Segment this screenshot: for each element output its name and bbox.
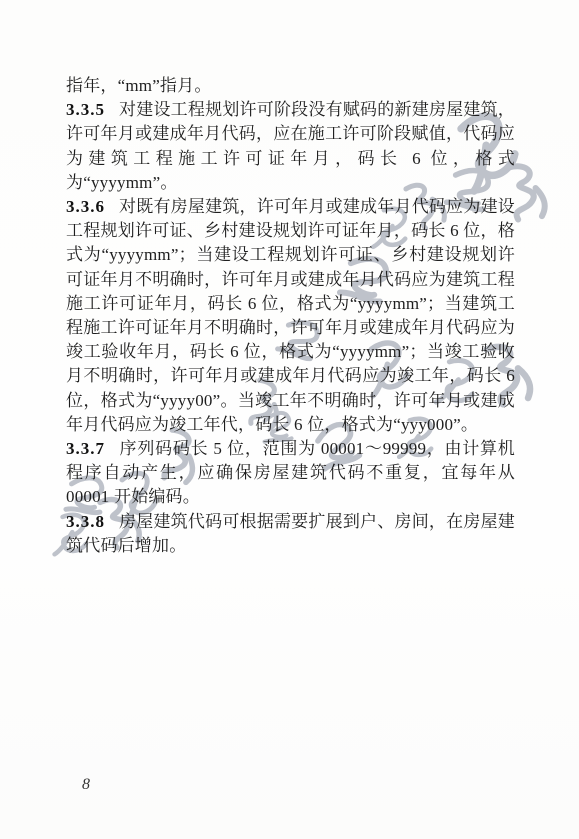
- section-number: 3.3.6: [66, 197, 105, 216]
- section-text: 对建设工程规划许可阶段没有赋码的新建房屋建筑，许可年月或建成年月代码，应在施工许…: [66, 100, 515, 192]
- section-text: 房屋建筑代码可根据需要扩展到户、房间，在房屋建筑代码后增加。: [66, 512, 515, 555]
- section-text: 序列码码长 5 位，范围为 00001～99999，由计算机程序自动产生，应确保…: [66, 439, 515, 506]
- section-number: 3.3.5: [66, 100, 105, 119]
- body-text: 指年，“mm”指月。 3.3.5对建设工程规划许可阶段没有赋码的新建房屋建筑，许…: [66, 74, 515, 558]
- section-text: 对既有房屋建筑，许可年月或建成年月代码应为建设工程规划许可证、乡村建设规划许可证…: [66, 197, 515, 434]
- paragraph-3-3-8: 3.3.8房屋建筑代码可根据需要扩展到户、房间，在房屋建筑代码后增加。: [66, 510, 515, 558]
- paragraph-3-3-7: 3.3.7序列码码长 5 位，范围为 00001～99999，由计算机程序自动产…: [66, 437, 515, 510]
- paragraph-3-3-6: 3.3.6对既有房屋建筑，许可年月或建成年月代码应为建设工程规划许可证、乡村建设…: [66, 195, 515, 437]
- page-number: 8: [82, 776, 90, 794]
- section-number: 3.3.8: [66, 512, 105, 531]
- paragraph-3-3-5: 3.3.5对建设工程规划许可阶段没有赋码的新建房屋建筑，许可年月或建成年月代码，…: [66, 98, 515, 195]
- document-page: 指年，“mm”指月。 3.3.5对建设工程规划许可阶段没有赋码的新建房屋建筑，许…: [0, 0, 579, 839]
- continuation-paragraph: 指年，“mm”指月。: [66, 74, 515, 98]
- section-number: 3.3.7: [66, 439, 105, 458]
- continuation-text: 指年，“mm”指月。: [66, 76, 212, 95]
